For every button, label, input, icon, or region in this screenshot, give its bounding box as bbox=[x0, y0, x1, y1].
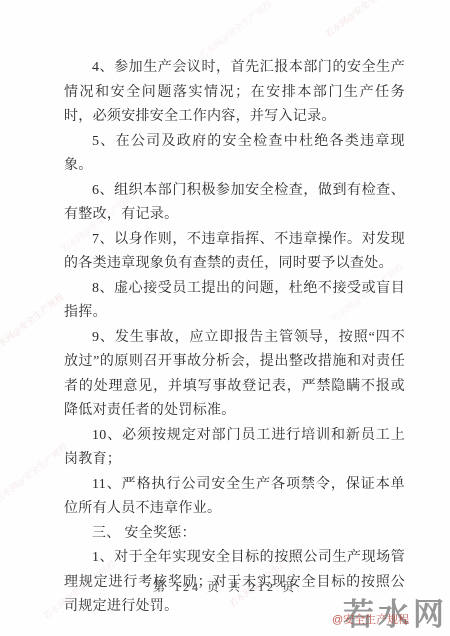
logo-red-overlay: @安全生产规程 bbox=[332, 611, 409, 627]
section-heading-rewards: 三、 安全奖惩： bbox=[64, 522, 405, 547]
site-logo: 若水网 @安全生产规程 bbox=[330, 596, 448, 636]
paragraph-item-11: 11、严格执行公司安全生产各项禁令，保证本单位所有人员不违章作业。 bbox=[64, 473, 405, 522]
watermark-text: 若水网@安全生产规程 bbox=[322, 0, 400, 40]
paragraph-item-10: 10、必须按规定对部门员工进行培训和新员工上岗教育； bbox=[64, 424, 405, 473]
paragraph-item-7: 7、以身作则，不违章指挥、不违章操作。对发现的各类违章现象负有查禁的责任，同时要… bbox=[64, 228, 405, 277]
watermark-text: 若水网@安全生产规程 bbox=[196, 0, 274, 62]
watermark-text: 若水网@安全生产规程 bbox=[0, 290, 66, 355]
watermark-text: 若水网@安全生产规程 bbox=[0, 440, 70, 505]
paragraph-item-9: 9、发生事故，应立即报告主管领导，按照“四不放过”的原则召开事故分析会，提出整改… bbox=[64, 326, 405, 424]
paragraph-item-4: 4、参加生产会议时，首先汇报本部门的安全生产情况和安全问题落实情况；在安排本部门… bbox=[64, 56, 405, 130]
document-page: 若水网@安全生产规程 若水网@安全生产规程 若水网@安全生产规程 若水网@安全生… bbox=[0, 0, 450, 636]
paragraph-item-5: 5、在公司及政府的安全检查中杜绝各类违章现象。 bbox=[64, 130, 405, 179]
paragraph-item-8: 8、虚心接受员工提出的问题，杜绝不接受或盲目指挥。 bbox=[64, 277, 405, 326]
document-body: 4、参加生产会议时，首先汇报本部门的安全生产情况和安全问题落实情况；在安排本部门… bbox=[64, 56, 405, 620]
paragraph-item-6: 6、组织本部门积极参加安全检查，做到有检查、有整改，有记录。 bbox=[64, 179, 405, 228]
